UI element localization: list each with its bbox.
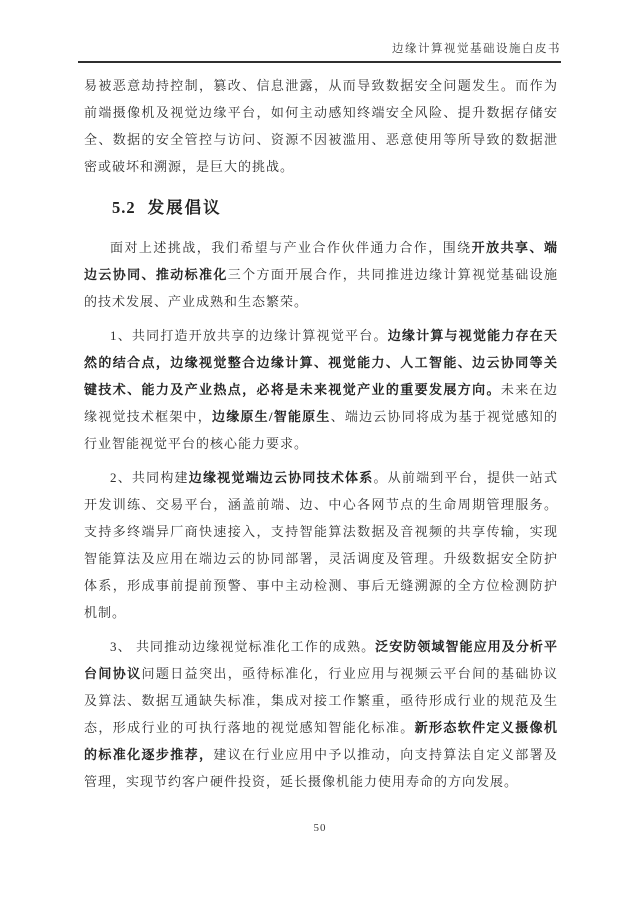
text-run: 。从前端到平台，提供一站式开发训练、交易平台，涵盖前端、边、中心各网节点的生命周… xyxy=(84,470,558,620)
header-rule xyxy=(78,61,561,63)
page-footer: 50 xyxy=(0,818,640,836)
text-run: 易被恶意劫持控制，篡改、信息泄露，从而导致数据安全问题发生。而作为前端摄像机及视… xyxy=(84,78,558,174)
section-heading: 5.2发展倡议 xyxy=(84,194,558,218)
text-run-bold: 边缘视觉端边云协同技术体系 xyxy=(189,470,374,485)
text-run: 2、共同构建 xyxy=(110,470,189,485)
paragraph-overview: 面对上述挑战，我们希望与产业合作伙伴通力合作，围绕开放共享、端边云协同、推动标准… xyxy=(84,234,558,315)
paragraph-item-2: 2、共同构建边缘视觉端边云协同技术体系。从前端到平台，提供一站式开发训练、交易平… xyxy=(84,464,558,626)
text-run: 面对上述挑战，我们希望与产业合作伙伴通力合作，围绕 xyxy=(110,240,472,255)
section-title: 发展倡议 xyxy=(148,198,222,217)
header-running-title: 边缘计算视觉基础设施白皮书 xyxy=(78,40,561,61)
page-content: 易被恶意劫持控制，篡改、信息泄露，从而导致数据安全问题发生。而作为前端摄像机及视… xyxy=(84,72,558,802)
text-run-bold: 边缘原生/智能原生 xyxy=(212,409,331,424)
text-run: 3、 共同推动边缘视觉标准化工作的成熟。 xyxy=(110,639,375,654)
section-number: 5.2 xyxy=(112,198,136,217)
page-number: 50 xyxy=(314,822,327,834)
document-page: 边缘计算视觉基础设施白皮书 易被恶意劫持控制，篡改、信息泄露，从而导致数据安全问… xyxy=(0,0,640,905)
paragraph-item-1: 1、共同打造开放共享的边缘计算视觉平台。边缘计算与视觉能力存在天然的结合点，边缘… xyxy=(84,322,558,457)
text-run: 1、共同打造开放共享的边缘计算视觉平台。 xyxy=(110,328,388,343)
paragraph-item-3: 3、 共同推动边缘视觉标准化工作的成熟。泛安防领域智能应用及分析平台间协议问题日… xyxy=(84,633,558,795)
paragraph-continuation: 易被恶意劫持控制，篡改、信息泄露，从而导致数据安全问题发生。而作为前端摄像机及视… xyxy=(84,72,558,180)
page-header: 边缘计算视觉基础设施白皮书 xyxy=(78,40,561,63)
